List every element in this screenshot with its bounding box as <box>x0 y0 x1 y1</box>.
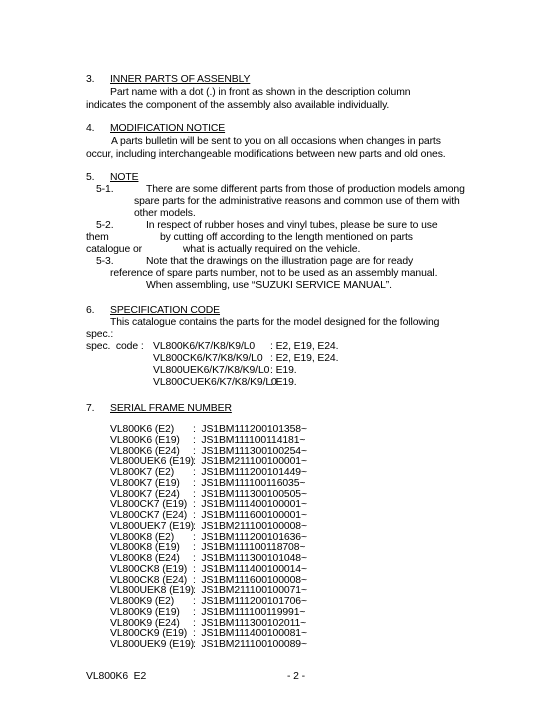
serial-row-number: : JS1BM111200101706~ <box>193 596 307 607</box>
section-3-number: 3. <box>86 74 94 85</box>
serial-row-model: VL800K9 (E19) <box>110 607 180 618</box>
serial-row-number: : JS1BM111100116035~ <box>193 478 305 489</box>
serial-row-number: : JS1BM211100100071~ <box>193 585 307 596</box>
section-6-number: 6. <box>86 305 94 316</box>
serial-row-number: : JS1BM111100119991~ <box>193 607 305 618</box>
serial-row-model: VL800K9 (E2) <box>110 596 174 607</box>
note-5-2-line: them <box>86 232 109 243</box>
spec-codes: : E19. <box>270 377 297 388</box>
serial-row-number: : JS1BM111300101048~ <box>193 553 307 564</box>
serial-row-number: : JS1BM111600100001~ <box>193 510 307 521</box>
serial-row-number: : JS1BM111100118708~ <box>193 542 305 553</box>
serial-row-model: VL800UEK7 (E19) <box>110 521 194 532</box>
spec-model: VL800K6/K7/K8/K9/L0 <box>153 341 255 352</box>
note-5-3-line: reference of spare parts number, not to … <box>110 268 437 279</box>
serial-row-number: : JS1BM111400100081~ <box>193 628 307 639</box>
serial-row-model: VL800K8 (E24) <box>110 553 180 564</box>
note-5-2-line: by cutting off according to the length m… <box>160 232 413 243</box>
serial-row-model: VL800CK9 (E19) <box>110 628 187 639</box>
serial-row-model: VL800CK8 (E19) <box>110 564 187 575</box>
section-5-title: NOTE <box>110 172 138 183</box>
spec-codes: : E19. <box>270 365 297 376</box>
section-6-title: SPECIFICATION CODE <box>110 305 220 316</box>
serial-row-number: : JS1BM211100100089~ <box>193 639 307 650</box>
serial-row-model: VL800K8 (E19) <box>110 542 180 553</box>
serial-row-model: VL800K6 (E19) <box>110 435 180 446</box>
note-5-2-label: 5-2. <box>96 220 114 231</box>
serial-row-number: : JS1BM111400100001~ <box>193 499 307 510</box>
serial-row-model: VL800K6 (E2) <box>110 424 174 435</box>
note-5-1-label: 5-1. <box>96 184 114 195</box>
serial-row-number: : JS1BM211100100001~ <box>193 456 307 467</box>
spec-model: VL800CK6/K7/K8/K9/L0 <box>153 353 263 364</box>
serial-row-model: VL800CK7 (E24) <box>110 510 187 521</box>
serial-row-number: : JS1BM111200101358~ <box>193 424 307 435</box>
note-5-1-line: spare parts for the administrative reaso… <box>134 196 460 207</box>
note-5-2-line: catalogue or <box>86 244 142 255</box>
section-4-line: A parts bulletin will be sent to you on … <box>111 136 441 147</box>
spec-model: VL800CUEK6/K7/K8/K9/L0 <box>153 377 277 388</box>
spec-codes: : E2, E19, E24. <box>270 341 338 352</box>
note-5-1-line: There are some different parts from thos… <box>146 184 465 195</box>
section-6-line: This catalogue contains the parts for th… <box>110 317 439 328</box>
serial-row-model: VL800UEK8 (E19) <box>110 585 194 596</box>
serial-row-model: VL800CK7 (E19) <box>110 499 187 510</box>
page-number: - 2 - <box>287 671 305 682</box>
section-3-title: INNER PARTS OF ASSENBLY <box>110 74 250 85</box>
serial-row-model: VL800UEK9 (E19) <box>110 639 194 650</box>
section-5-number: 5. <box>86 172 94 183</box>
note-5-1-line: other models. <box>134 208 196 219</box>
serial-row-model: VL800K7 (E2) <box>110 467 174 478</box>
spec-code-label: spec. code : <box>86 341 144 352</box>
serial-row-model: VL800K7 (E19) <box>110 478 180 489</box>
spec-codes: : E2, E19, E24. <box>270 353 338 364</box>
serial-row-number: : JS1BM211100100008~ <box>193 521 307 532</box>
serial-row-number: : JS1BM111400100014~ <box>193 564 307 575</box>
section-7-title: SERIAL FRAME NUMBER <box>110 403 232 414</box>
section-3-line: Part name with a dot (.) in front as sho… <box>110 87 410 98</box>
section-6-line: spec.: <box>86 329 113 340</box>
note-5-2-line: In respect of rubber hoses and vinyl tub… <box>146 220 438 231</box>
note-5-3-label: 5-3. <box>96 256 114 267</box>
note-5-3-line: Note that the drawings on the illustrati… <box>146 256 413 267</box>
section-4-title: MODIFICATION NOTICE <box>110 123 225 134</box>
serial-row-number: : JS1BM111200101449~ <box>193 467 307 478</box>
spec-model: VL800UEK6/K7/K8/K9/L0 <box>153 365 269 376</box>
section-7-number: 7. <box>86 403 94 414</box>
section-4-line: occur, including interchangeable modific… <box>86 149 446 160</box>
footer-model-code: VL800K6 E2 <box>86 671 146 682</box>
note-5-2-line: what is actually required on the vehicle… <box>183 244 360 255</box>
section-4-number: 4. <box>86 123 94 134</box>
serial-row-model: VL800UEK6 (E19) <box>110 456 194 467</box>
serial-row-number: : JS1BM111100114181~ <box>193 435 305 446</box>
note-5-3-line: When assembling, use “SUZUKI SERVICE MAN… <box>146 280 392 291</box>
section-3-line: indicates the component of the assembly … <box>86 100 389 111</box>
